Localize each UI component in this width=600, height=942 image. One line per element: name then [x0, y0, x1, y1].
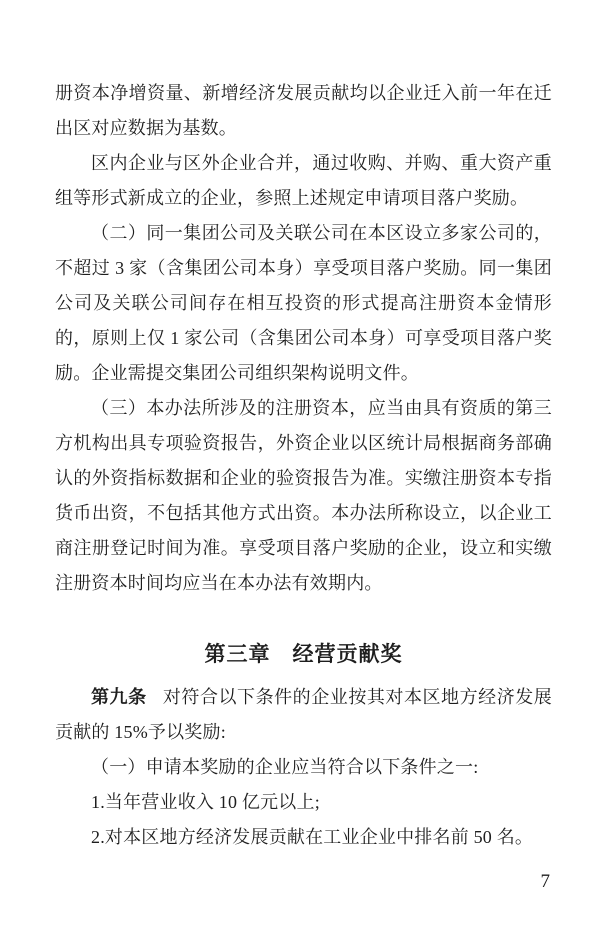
- paragraph-merger-rule: 区内企业与区外企业合并，通过收购、并购、重大资产重组等形式新成立的企业，参照上述…: [55, 146, 552, 216]
- paragraph-continued: 册资本净增资量、新增经济发展贡献均以企业迁入前一年在迁出区对应数据为基数。: [55, 76, 552, 146]
- document-page: 册资本净增资量、新增经济发展贡献均以企业迁入前一年在迁出区对应数据为基数。 区内…: [0, 0, 600, 942]
- page-body-upper: 册资本净增资量、新增经济发展贡献均以企业迁入前一年在迁出区对应数据为基数。 区内…: [55, 76, 552, 601]
- paragraph-item-three: （三）本办法所涉及的注册资本，应当由具有资质的第三方机构出具专项验资报告，外资企…: [55, 391, 552, 601]
- paragraph-condition-2: 2.对本区地方经济发展贡献在工业企业中排名前 50 名。: [55, 820, 552, 855]
- article-number-label: 第九条: [91, 687, 147, 707]
- page-body-lower: 第三章 经营贡献奖 第九条对符合以下条件的企业按其对本区地方经济发展贡献的 15…: [55, 637, 552, 855]
- paragraph-item-two: （二）同一集团公司及关联公司在本区设立多家公司的，不超过 3 家（含集团公司本身…: [55, 216, 552, 391]
- page-number: 7: [541, 870, 551, 894]
- paragraph-condition-1: 1.当年营业收入 10 亿元以上;: [55, 785, 552, 820]
- chapter-heading: 第三章 经营贡献奖: [55, 637, 552, 672]
- paragraph-condition-intro: （一）申请本奖励的企业应当符合以下条件之一:: [55, 750, 552, 785]
- paragraph-article-nine: 第九条对符合以下条件的企业按其对本区地方经济发展贡献的 15%予以奖励:: [55, 680, 552, 750]
